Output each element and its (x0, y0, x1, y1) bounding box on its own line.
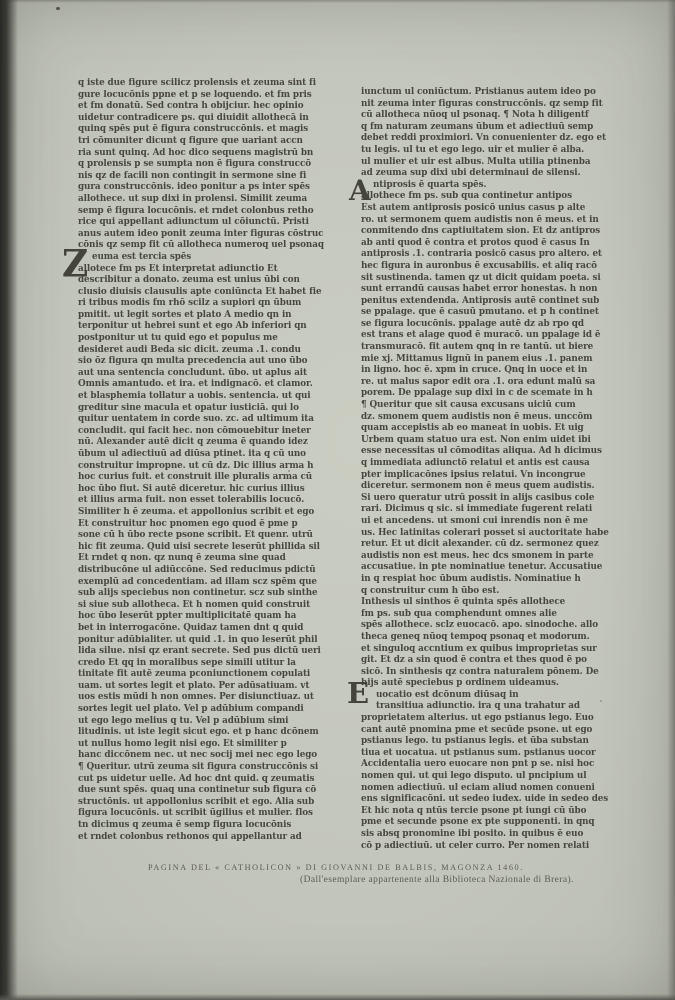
text-line: ens significacōni. ut sedeo iudex. uide … (361, 794, 641, 806)
text-line: debet reddi proximiori. Vn conuenienter … (361, 133, 641, 145)
text-line: lida silue. nisi qz erant secrete. Sed p… (78, 646, 356, 658)
text-line: exemplū ad concedentiam. ad illam scz sp… (78, 577, 356, 589)
drop-cap-zeuma: Z (62, 245, 88, 283)
text-line: si siue sub allotheca. Et h nomen quid c… (78, 600, 356, 612)
text-line: anus autem ideo ponit zeuma inter figura… (78, 229, 356, 241)
text-line: Et hic nota q ntūs tercie psone pt iungi… (361, 806, 641, 818)
plate-caption: PAGINA DEL « CATHOLICON » DI GIOVANNI DE… (0, 863, 675, 885)
text-line: q construitur cum h ūbo est. (361, 586, 641, 598)
text-line: theca geneq nūoq tempoq psonaq et modoru… (361, 632, 641, 644)
text-line: se ppalage. que ē casuū pmutano. et p h … (361, 307, 641, 319)
text-line: ūbum ul adiectiuū ad diūsa ptinet. ita q… (78, 449, 356, 461)
text-line: diceretur. sermonem non ē meus quem audi… (361, 481, 641, 493)
text-line: aut una sentencia concludunt. ūbo. ut ap… (78, 368, 356, 380)
text-line: ul mulier et uir est albus. Multa utilia… (361, 157, 641, 169)
text-line: due sunt spēs. quaq una continetur sub f… (78, 785, 356, 797)
text-line: tiua et uocatua. ut pstianus sum. pstian… (361, 748, 641, 760)
text-line: allothece. ut sup dixi in prolensi. Simi… (78, 194, 356, 206)
text-line: Omnis amantudo. et ira. et indignacō. et… (78, 379, 356, 391)
text-line: figura locucōnis. ut scribit ūgilius et … (78, 808, 356, 820)
text-line: et illius arma fuit. non esset tolerabil… (78, 495, 356, 507)
text-line: quam accepistis ab eo maneat in uobis. E… (361, 423, 641, 435)
text-line: uocatio est dcōnum diūsaq in (376, 690, 641, 702)
text-line: uam. ut sortes legit et plato. Per adūsa… (78, 681, 356, 693)
text-line: Similiter h ē zeuma. et appollonius scri… (78, 507, 356, 519)
text-line: us. Hec latinitas colerari posset si auc… (361, 528, 641, 540)
text-line: cant autē pnomina pme et secūde psone. u… (361, 725, 641, 737)
text-line: in ligno. hoc ē. xpm in cruce. Qnq in uo… (361, 365, 641, 377)
text-line: bet in interrogacōne. Quidaz tamen dnt q… (78, 623, 356, 635)
text-line: q immediata adiunctō relatui et antis es… (361, 458, 641, 470)
photo-bottom-edge (0, 994, 675, 1000)
text-line: accusatiue. in pte nominatiue tenetur. A… (361, 562, 641, 574)
text-line: hoc ūbo fiut. Si autē diceretur. hic cur… (78, 484, 356, 496)
text-line: construitur impropne. ut cū dz. Dic illi… (78, 461, 356, 473)
caption-title: PAGINA DEL « CATHOLICON » DI GIOVANNI DE… (148, 863, 675, 872)
text-line: Urbem quam statuo ura est. Non enim uide… (361, 435, 641, 447)
text-line: terponitur ut hebrei sunt et ego Ab infe… (78, 321, 356, 333)
text-line: nit zeuma inter figuras construccōnis. q… (361, 99, 641, 111)
text-line: nū. Alexander autē dicit q zeuma ē quand… (78, 437, 356, 449)
text-line: rice qui appellant adiunctum ul cōiunctū… (78, 217, 356, 229)
text-line: tri cōmuniter dicunt q figure que uarian… (78, 136, 356, 148)
text-line: git. Et dz a sin quod ē contra et thes q… (361, 655, 641, 667)
text-line: ui et ancedens. ut smoni cui inrendis no… (361, 516, 641, 528)
text-line: cōnis qz semp fit cū allotheca numeroq u… (78, 240, 356, 252)
text-line: hec figura in auronbus ē excusabilis. et… (361, 261, 641, 273)
text-line: pter implicacōnes ipsius relatui. Vn inc… (361, 470, 641, 482)
text-line: q iste due figure scilicz prolensis et z… (78, 78, 356, 90)
text-line: audistis non est meus. hec dcs smonem in… (361, 551, 641, 563)
paper-speck (56, 7, 60, 10)
text-line: in q respiat hoc ūbum audistis. Nominati… (361, 574, 641, 586)
text-line: conmitendo dns captiuitatem sion. Et dz … (361, 226, 641, 238)
text-line: q fm naturam zeumans ūbum et adiectiuū s… (361, 122, 641, 134)
text-line: sit sustinenda. tamen qz ut dicit quidam… (361, 273, 641, 285)
text-line: sicō. In sinthesis qz contra naturalem p… (361, 667, 641, 679)
photograph-of-incunabulum-page: q iste due figure scilicz prolensis et z… (0, 0, 675, 1000)
text-line: cū allotheca nūoq ul psonaq. ¶ Nota h di… (361, 110, 641, 122)
text-line: sis absq pronomine ibi posito. in quibus… (361, 829, 641, 841)
text-line: nomen qui. ut qui lego disputo. ul pncip… (361, 771, 641, 783)
text-line: describitur a donato. zeuma est unius ūb… (78, 275, 356, 287)
text-line: ut nullus homo legit nisi ego. Et simili… (78, 739, 356, 751)
text-line: rari. Dicimus q sic. si immediate fugere… (361, 504, 641, 516)
text-line: quitur uentatem in corde suo. zc. ad ult… (78, 414, 356, 426)
text-line: allotece fm ps Et interpretat adiunctio … (78, 264, 356, 276)
text-line: tu legis. ul tu et ego lego. uir et muli… (361, 145, 641, 157)
text-line: dz. smonem quem audistis non ē meus. unc… (361, 412, 641, 424)
text-line: transmuracō. fit autem qnq in re tantū. … (361, 342, 641, 354)
text-line: sortes legit uel plato. Vel p adūbium co… (78, 704, 356, 716)
text-line: pme et secunde psone ex pte supponenti. … (361, 817, 641, 829)
drop-cap-antiptosis: A (349, 177, 371, 205)
text-line: tinitate fit autē zeuma pconiunctionem c… (78, 669, 356, 681)
text-line: sub alijs speciebus non continetur. scz … (78, 588, 356, 600)
text-line: ponitur adūbialiter. ut quid .1. in quo … (78, 635, 356, 647)
text-line: nomen adiectiuū. ul eciam aliud nomen co… (361, 783, 641, 795)
text-line: greditur sine macula et opatur iusticiā.… (78, 403, 356, 415)
text-line: cō p adiectiuū. ut celer curro. Per nome… (361, 841, 641, 853)
text-line: mie xj. Mittamus lignū in panem eius .1.… (361, 354, 641, 366)
text-line: ¶ Queritur que sit causa excusans uiciū … (361, 400, 641, 412)
text-line: desideret audi Beda sic dicit. zeuma .1.… (78, 345, 356, 357)
book-gutter-shadow (0, 0, 18, 1000)
text-line: penitus extendenda. Antiprosis autē cont… (361, 296, 641, 308)
text-line: esse necessitas ul cōmoditas aliqua. Ad … (361, 446, 641, 458)
text-line: allothece fm ps. sub qua continetur anti… (361, 191, 641, 203)
text-line: Et rndet q non. qz nunq ē zeuma sine qua… (78, 553, 356, 565)
text-line: spēs allothece. sclz euocacō. apo. sinod… (361, 620, 641, 632)
text-line: porem. De ppalage sup dixi in c de scema… (361, 388, 641, 400)
text-line: hoc curius fuit. et construit ille plura… (78, 472, 356, 484)
text-line: re. ut malus sapor edit ora .1. ora edun… (361, 377, 641, 389)
text-line: cut ps uidetur uelle. Ad hoc dnt quid. q… (78, 774, 356, 786)
text-line: quinq spēs put ē figura construccōnis. e… (78, 124, 356, 136)
text-line: ad zeuma sup dixi ubi determinaui de sil… (361, 168, 641, 180)
photo-right-edge (667, 0, 675, 1000)
text-line: ro. ut sermonem quem audistis non ē meus… (361, 215, 641, 227)
text-line: Et construitur hoc pnomen ego quod ē pme… (78, 519, 356, 531)
text-line: est trans et alage quod ē muracō. un ppa… (361, 330, 641, 342)
text-line: Si uero queratur utrū possit in alijs ca… (361, 493, 641, 505)
text-line: iunctum ul coniūctum. Pristianus autem i… (361, 87, 641, 99)
text-line: gure locucōnis ppne et p se loquendo. et… (78, 90, 356, 102)
text-line: concludit. qui facit hec. non cōmouebitu… (78, 426, 356, 438)
text-line: fm ps. sub qua comphendunt omnes alie (361, 609, 641, 621)
text-line: hoc ūbo leserūt ppter multiplicitatē qua… (78, 611, 356, 623)
text-line: et rndet colonbus rethonos qui appellant… (78, 832, 356, 844)
text-line: pstianus lego. tu pstianus legis. et ūba… (361, 736, 641, 748)
text-line: clusio diuisis clausulis apte coniūncta … (78, 287, 356, 299)
text-line: sunt errandū causas habet error honestas… (361, 284, 641, 296)
text-line: retur. Et ut dicit alexander. cū dz. ser… (361, 539, 641, 551)
text-line: antiprosis .1. contraria posicō casus pr… (361, 249, 641, 261)
text-line: ria sunt quinq. Ad hoc dico sequens magi… (78, 148, 356, 160)
text-line: hic fit zeuma. Quid uisi secrete leserūt… (78, 542, 356, 554)
text-line: postponitur ut tu quid ego et populus me (78, 333, 356, 345)
text-line: hanc diccōnem nec. ut nec socij mei nec … (78, 750, 356, 762)
text-line: ri tribus modis fm rhō scilz a supiori q… (78, 298, 356, 310)
text-line: ut ego lego melius q tu. Vel p adūbium s… (78, 716, 356, 728)
text-line: gura construccōnis. ideo ponitur a ps in… (78, 182, 356, 194)
text-line: et singuloq accntium ex quibus improprie… (361, 644, 641, 656)
text-line: structōnis. ut appollonius scribit et eg… (78, 797, 356, 809)
text-line: sio ōz figura qn multa precedencia aut u… (78, 356, 356, 368)
text-line: sone cū h ūbo recte psone scribit. Et qu… (78, 530, 356, 542)
text-line: uidetur contradicere ps. qui diuidit all… (78, 113, 356, 125)
text-line: credo Et qq in moralibus sepe simili uti… (78, 658, 356, 670)
drop-cap-euocatio: E (347, 679, 369, 708)
text-line: ¶ Queritur. utrū zeuma sit figura constr… (78, 762, 356, 774)
text-line: hijs autē speciebus p ordinem uideamus. (361, 678, 641, 690)
text-line: ntiprosis ē quarta spēs. (373, 180, 641, 192)
text-line: litudinis. ut iste legit sicut ego. et p… (78, 727, 356, 739)
text-line: euma est tercia spēs (92, 252, 356, 264)
text-line: et fm donatū. Sed contra h obijciur. hec… (78, 101, 356, 113)
caption-source: (Dall'esemplare appartenente alla Biblio… (300, 875, 675, 885)
text-line: nis qz de facili non contingit in sermon… (78, 171, 356, 183)
text-line: distribucōne ul adiūccōne. Sed reducimus… (78, 565, 356, 577)
text-line: Est autem antiprosis posicō unius casus … (361, 203, 641, 215)
text-column-right: iunctum ul coniūctum. Pristianus autem i… (361, 87, 641, 852)
text-line: uos estis mūdi h non omnes. Per disiunct… (78, 692, 356, 704)
text-line: pmitit. ut legit sortes et plato A medio… (78, 310, 356, 322)
text-line: proprietatem alterius. ut ego pstianus l… (361, 713, 641, 725)
text-line: Inthesis ul sinthos ē quinta spēs alloth… (361, 597, 641, 609)
text-line: tn dicimus q zeuma ē semp figura locucōn… (78, 820, 356, 832)
text-line: q prolensis p se sumpta non ē figura con… (78, 159, 356, 171)
text-line: semp ē figura locucōnis. et rndet colonb… (78, 206, 356, 218)
photo-top-edge (0, 0, 675, 3)
text-line: ab anti quod ē contra et protos quod ē c… (361, 238, 641, 250)
text-line: se figura locucōnis. ppalage autē dz ab … (361, 319, 641, 331)
text-column-left: q iste due figure scilicz prolensis et z… (78, 78, 356, 843)
text-line: Accidentalia uero euocare non pnt p se. … (361, 759, 641, 771)
text-line: transitiua adiunctio. ira q una trahatur… (376, 701, 641, 713)
text-line: et blasphemia tollatur a uobis. sentenci… (78, 391, 356, 403)
